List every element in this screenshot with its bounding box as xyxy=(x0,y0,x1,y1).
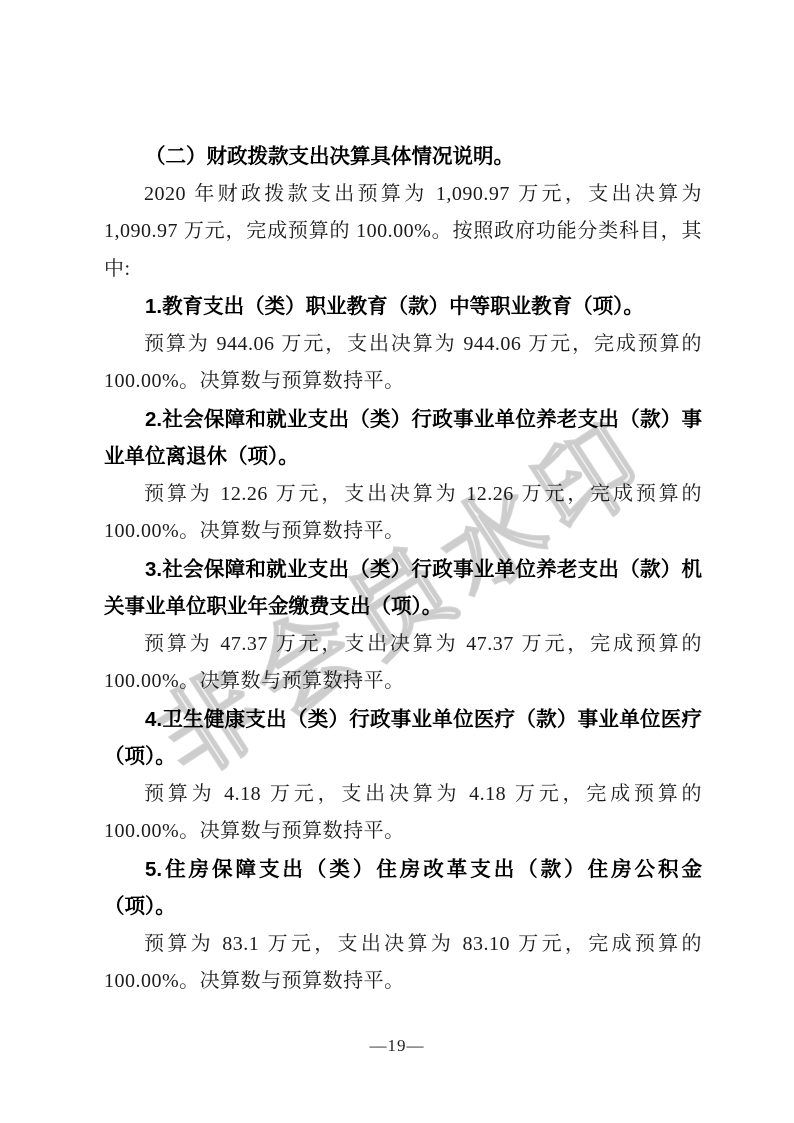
section-paragraph: 预算为 83.1 万元，支出决算为 83.10 万元，完成预算的 100.00%… xyxy=(104,926,702,1001)
document-page: 非会员水印 （二）财政拨款支出决算具体情况说明。2020 年财政拨款支出预算为 … xyxy=(0,0,794,1123)
section-heading-1: 1.教育支出（类）职业教育（款）中等职业教育（项）。 xyxy=(104,288,702,326)
section-heading-0: （二）财政拨款支出决算具体情况说明。 xyxy=(104,138,702,176)
section-heading-3: 3.社会保障和就业支出（类）行政事业单位养老支出（款）机关事业单位职业年金缴费支… xyxy=(104,551,702,626)
section-paragraph: 2020 年财政拨款支出预算为 1,090.97 万元，支出决算为 1,090.… xyxy=(104,176,702,289)
section-paragraph: 预算为 4.18 万元，支出决算为 4.18 万元，完成预算的 100.00%。… xyxy=(104,776,702,851)
section-paragraph: 预算为 12.26 万元，支出决算为 12.26 万元，完成预算的 100.00… xyxy=(104,476,702,551)
section-heading-4: 4.卫生健康支出（类）行政事业单位医疗（款）事业单位医疗（项）。 xyxy=(104,701,702,776)
section-paragraph: 预算为 944.06 万元，支出决算为 944.06 万元，完成预算的 100.… xyxy=(104,326,702,401)
page-footer: —19— xyxy=(0,1036,794,1056)
document-body: （二）财政拨款支出决算具体情况说明。2020 年财政拨款支出预算为 1,090.… xyxy=(104,138,702,1001)
section-paragraph: 预算为 47.37 万元，支出决算为 47.37 万元，完成预算的 100.00… xyxy=(104,626,702,701)
section-heading-5: 5.住房保障支出（类）住房改革支出（款）住房公积金（项）。 xyxy=(104,851,702,926)
section-heading-2: 2.社会保障和就业支出（类）行政事业单位养老支出（款）事业单位离退休（项）。 xyxy=(104,401,702,476)
page-number: —19— xyxy=(370,1036,425,1055)
